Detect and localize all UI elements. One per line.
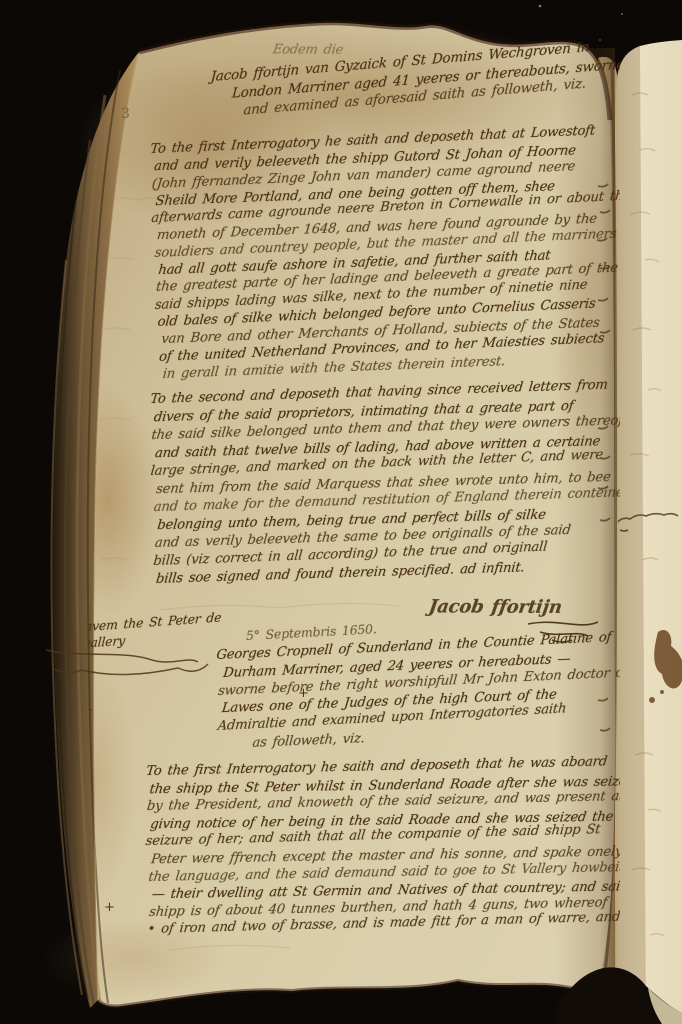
deposition2-intro: Georges Cropnell of Sunderland in the Co… (216, 629, 622, 754)
ink-cross-mark: + (104, 900, 115, 915)
signature-jacob-ffortijn: Jacob ffortijn (427, 596, 563, 618)
manuscript-photo: 3 Eodem die Jacob ffortijn van Gyzaick o… (0, 0, 682, 1024)
dust-speck (621, 13, 623, 15)
deposition2-paragraph: To the first Interrogatory he saith and … (146, 753, 618, 939)
handwriting-layer: 3 Eodem die Jacob ffortijn van Gyzaick o… (0, 0, 682, 1024)
folio-number: 3 (121, 106, 130, 122)
deposition1-paragraph2: To the second and deposeth that having s… (150, 376, 618, 588)
deposition1-intro: Jacob ffortijn van Gyzaick of St Domins … (210, 36, 615, 121)
dust-speck (539, 5, 542, 8)
deposition1-paragraph1: To the first Interrogatory he saith and … (150, 122, 622, 383)
heading-eodem-die: Eodem die (272, 42, 344, 57)
